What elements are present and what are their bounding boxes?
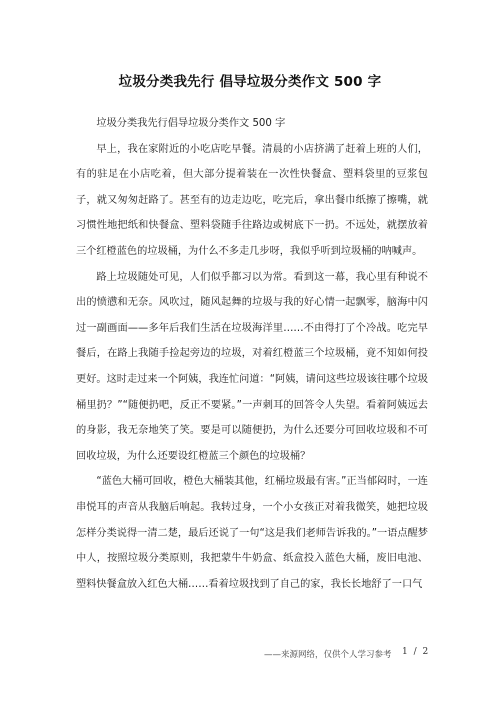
page-indicator: 1 / 2 <box>402 647 428 657</box>
body-paragraph: 路上垃圾随处可见，人们似乎都习以为常。看到这一幕，我心里有种说不出的愤懑和无奈。… <box>76 265 428 470</box>
body-paragraph: “蓝色大桶可回收，橙色大桶装其他，红桶垃圾最有害。”正当郁闷时，一连串悦耳的声音… <box>76 469 428 597</box>
footer-source-note: ——来源网络，仅供个人学习参考 <box>264 648 392 660</box>
document-title: 垃圾分类我先行 倡导垃圾分类作文 500 字 <box>0 70 500 90</box>
document-body: 垃圾分类我先行倡导垃圾分类作文 500 字 早上，我在家附近的小吃店吃早餐。清晨… <box>76 111 428 597</box>
document-page: 垃圾分类我先行 倡导垃圾分类作文 500 字 垃圾分类我先行倡导垃圾分类作文 5… <box>0 0 500 707</box>
subtitle-paragraph: 垃圾分类我先行倡导垃圾分类作文 500 字 <box>76 111 428 137</box>
body-paragraph: 早上，我在家附近的小吃店吃早餐。清晨的小店挤满了赶着上班的人们，有的驻足在小店吃… <box>76 137 428 265</box>
